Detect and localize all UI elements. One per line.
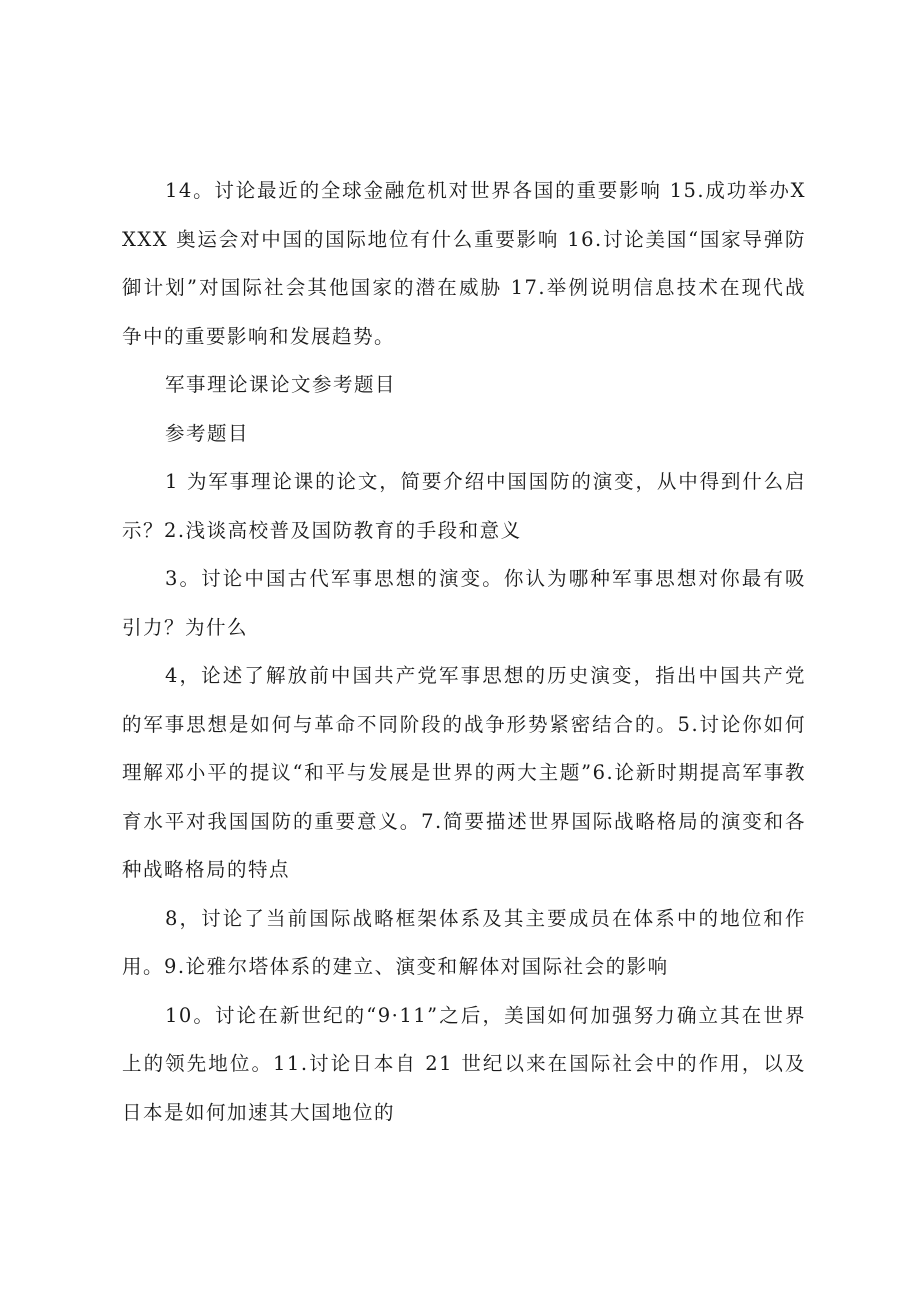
document-body: 14。讨论最近的全球金融危机对世界各国的重要影响 15.成功举办XXXX 奥运会… [122,167,806,1137]
paragraph-topics-4-7: 4，论述了解放前中国共产党军事思想的历史演变，指出中国共产党的军事思想是如何与革… [122,652,806,895]
paragraph-topics-10-11: 10。讨论在新世纪的“9·11”之后，美国如何加强努力确立其在世界上的领先地位。… [122,992,806,1138]
heading-reference-topics: 参考题目 [122,410,806,459]
paragraph-topic-3: 3。讨论中国古代军事思想的演变。你认为哪种军事思想对你最有吸引力？为什么 [122,555,806,652]
paragraph-topics-1-2: 1 为军事理论课的论文，简要介绍中国国防的演变，从中得到什么启示？2.浅谈高校普… [122,458,806,555]
paragraph-topics-8-9: 8，讨论了当前国际战略框架体系及其主要成员在体系中的地位和作用。9.论雅尔塔体系… [122,895,806,992]
heading-course-paper-topics: 军事理论课论文参考题目 [122,361,806,410]
paragraph-topics-14-17: 14。讨论最近的全球金融危机对世界各国的重要影响 15.成功举办XXXX 奥运会… [122,167,806,361]
